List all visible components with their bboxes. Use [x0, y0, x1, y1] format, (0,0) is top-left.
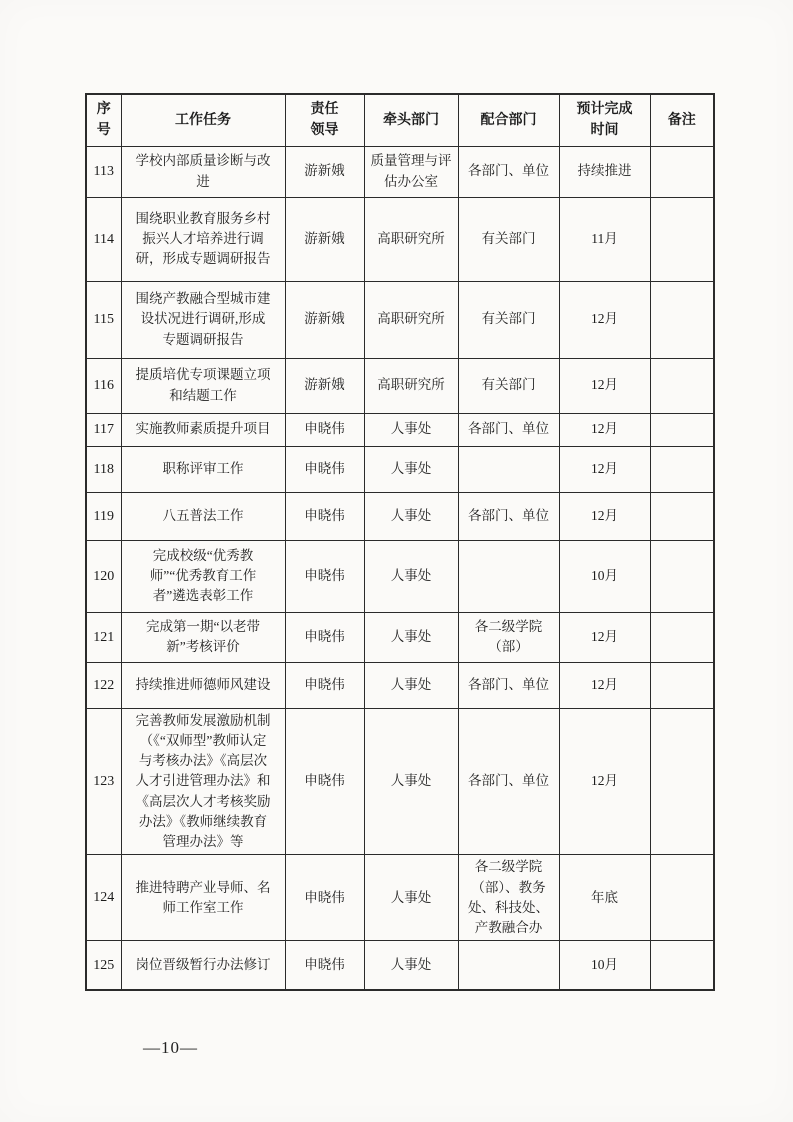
cell-lead-dept: 高职研究所 [364, 358, 458, 413]
cell-no: 113 [86, 146, 121, 197]
column-header-task: 工作任务 [121, 94, 285, 146]
column-header-leader: 责任 领导 [285, 94, 364, 146]
table-row: 124推进特聘产业导师、名师工作室工作申晓伟人事处各二级学院（部）、教务处、科技… [86, 855, 714, 941]
cell-task: 完成校级“优秀教师”“优秀教育工作者”遴选表彰工作 [121, 540, 285, 612]
cell-lead-dept: 人事处 [364, 941, 458, 990]
cell-remark [650, 446, 714, 492]
cell-no: 121 [86, 612, 121, 662]
cell-leader: 申晓伟 [285, 941, 364, 990]
cell-time: 12月 [559, 708, 650, 855]
cell-remark [650, 413, 714, 446]
cell-lead-dept: 质量管理与评估办公室 [364, 146, 458, 197]
cell-lead-dept: 人事处 [364, 662, 458, 708]
cell-remark [650, 855, 714, 941]
cell-task: 围绕产教融合型城市建设状况进行调研,形成专题调研报告 [121, 281, 285, 358]
cell-no: 114 [86, 197, 121, 281]
cell-leader: 游新娥 [285, 281, 364, 358]
cell-lead-dept: 人事处 [364, 855, 458, 941]
cell-remark [650, 281, 714, 358]
cell-no: 122 [86, 662, 121, 708]
cell-task: 职称评审工作 [121, 446, 285, 492]
cell-leader: 申晓伟 [285, 492, 364, 540]
cell-time: 12月 [559, 413, 650, 446]
cell-lead-dept: 人事处 [364, 492, 458, 540]
cell-coop-dept: 各部门、单位 [458, 413, 559, 446]
table-row: 115围绕产教融合型城市建设状况进行调研,形成专题调研报告游新娥高职研究所有关部… [86, 281, 714, 358]
cell-leader: 申晓伟 [285, 540, 364, 612]
cell-coop-dept: 有关部门 [458, 281, 559, 358]
cell-coop-dept: 各部门、单位 [458, 662, 559, 708]
cell-no: 119 [86, 492, 121, 540]
cell-leader: 申晓伟 [285, 855, 364, 941]
cell-remark [650, 492, 714, 540]
cell-leader: 申晓伟 [285, 446, 364, 492]
table-row: 118职称评审工作申晓伟人事处12月 [86, 446, 714, 492]
table-row: 123完善教师发展激励机制（《“双师型”教师认定与考核办法》《高层次人才引进管理… [86, 708, 714, 855]
table-body: 113学校内部质量诊断与改进游新娥质量管理与评估办公室各部门、单位持续推进114… [86, 146, 714, 990]
cell-remark [650, 612, 714, 662]
cell-task: 完成第一期“以老带新”考核评价 [121, 612, 285, 662]
cell-no: 117 [86, 413, 121, 446]
cell-no: 120 [86, 540, 121, 612]
cell-no: 124 [86, 855, 121, 941]
page-number: —10— [143, 1038, 198, 1058]
scanned-document-page: 序 号 工作任务 责任 领导 牵头部门 配合部门 预计完成 时间 备注 113学… [0, 0, 793, 1122]
cell-coop-dept: 各部门、单位 [458, 492, 559, 540]
cell-remark [650, 197, 714, 281]
cell-time: 持续推进 [559, 146, 650, 197]
cell-task: 提质培优专项课题立项和结题工作 [121, 358, 285, 413]
work-plan-table: 序 号 工作任务 责任 领导 牵头部门 配合部门 预计完成 时间 备注 113学… [85, 93, 715, 991]
cell-task: 持续推进师德师风建设 [121, 662, 285, 708]
cell-time: 12月 [559, 281, 650, 358]
cell-task: 推进特聘产业导师、名师工作室工作 [121, 855, 285, 941]
cell-task: 岗位晋级暂行办法修订 [121, 941, 285, 990]
cell-lead-dept: 人事处 [364, 612, 458, 662]
cell-no: 118 [86, 446, 121, 492]
table-header: 序 号 工作任务 责任 领导 牵头部门 配合部门 预计完成 时间 备注 [86, 94, 714, 146]
cell-coop-dept [458, 446, 559, 492]
cell-lead-dept: 人事处 [364, 540, 458, 612]
table-row: 113学校内部质量诊断与改进游新娥质量管理与评估办公室各部门、单位持续推进 [86, 146, 714, 197]
cell-coop-dept: 各部门、单位 [458, 146, 559, 197]
cell-coop-dept: 各二级学院（部）、教务处、科技处、产教融合办 [458, 855, 559, 941]
cell-task: 八五普法工作 [121, 492, 285, 540]
table-row: 116提质培优专项课题立项和结题工作游新娥高职研究所有关部门12月 [86, 358, 714, 413]
cell-task: 完善教师发展激励机制（《“双师型”教师认定与考核办法》《高层次人才引进管理办法》… [121, 708, 285, 855]
cell-task: 围绕职业教育服务乡村振兴人才培养进行调研，形成专题调研报告 [121, 197, 285, 281]
table-row: 117实施教师素质提升项目申晓伟人事处各部门、单位12月 [86, 413, 714, 446]
cell-lead-dept: 高职研究所 [364, 281, 458, 358]
cell-remark [650, 941, 714, 990]
cell-lead-dept: 人事处 [364, 413, 458, 446]
cell-no: 125 [86, 941, 121, 990]
table-row: 114围绕职业教育服务乡村振兴人才培养进行调研，形成专题调研报告游新娥高职研究所… [86, 197, 714, 281]
cell-remark [650, 358, 714, 413]
cell-lead-dept: 人事处 [364, 708, 458, 855]
cell-leader: 申晓伟 [285, 413, 364, 446]
cell-leader: 游新娥 [285, 197, 364, 281]
cell-leader: 游新娥 [285, 146, 364, 197]
cell-leader: 申晓伟 [285, 662, 364, 708]
cell-coop-dept: 有关部门 [458, 197, 559, 281]
table-row: 119八五普法工作申晓伟人事处各部门、单位12月 [86, 492, 714, 540]
cell-time: 12月 [559, 612, 650, 662]
cell-time: 12月 [559, 358, 650, 413]
table-row: 121完成第一期“以老带新”考核评价申晓伟人事处各二级学院（部）12月 [86, 612, 714, 662]
header-row: 序 号 工作任务 责任 领导 牵头部门 配合部门 预计完成 时间 备注 [86, 94, 714, 146]
column-header-remark: 备注 [650, 94, 714, 146]
cell-time: 12月 [559, 446, 650, 492]
cell-coop-dept [458, 540, 559, 612]
cell-leader: 游新娥 [285, 358, 364, 413]
table-row: 122持续推进师德师风建设申晓伟人事处各部门、单位12月 [86, 662, 714, 708]
cell-time: 10月 [559, 540, 650, 612]
column-header-lead-dept: 牵头部门 [364, 94, 458, 146]
cell-coop-dept: 有关部门 [458, 358, 559, 413]
cell-time: 年底 [559, 855, 650, 941]
cell-no: 115 [86, 281, 121, 358]
cell-no: 123 [86, 708, 121, 855]
table-row: 125岗位晋级暂行办法修订申晓伟人事处10月 [86, 941, 714, 990]
cell-task: 学校内部质量诊断与改进 [121, 146, 285, 197]
cell-remark [650, 708, 714, 855]
column-header-time: 预计完成 时间 [559, 94, 650, 146]
cell-leader: 申晓伟 [285, 708, 364, 855]
cell-lead-dept: 高职研究所 [364, 197, 458, 281]
cell-lead-dept: 人事处 [364, 446, 458, 492]
cell-remark [650, 662, 714, 708]
cell-coop-dept [458, 941, 559, 990]
cell-time: 12月 [559, 662, 650, 708]
cell-coop-dept: 各二级学院（部） [458, 612, 559, 662]
cell-time: 12月 [559, 492, 650, 540]
cell-task: 实施教师素质提升项目 [121, 413, 285, 446]
column-header-coop-dept: 配合部门 [458, 94, 559, 146]
cell-remark [650, 540, 714, 612]
cell-time: 10月 [559, 941, 650, 990]
cell-coop-dept: 各部门、单位 [458, 708, 559, 855]
cell-no: 116 [86, 358, 121, 413]
column-header-no: 序 号 [86, 94, 121, 146]
cell-remark [650, 146, 714, 197]
table-row: 120完成校级“优秀教师”“优秀教育工作者”遴选表彰工作申晓伟人事处10月 [86, 540, 714, 612]
cell-leader: 申晓伟 [285, 612, 364, 662]
cell-time: 11月 [559, 197, 650, 281]
